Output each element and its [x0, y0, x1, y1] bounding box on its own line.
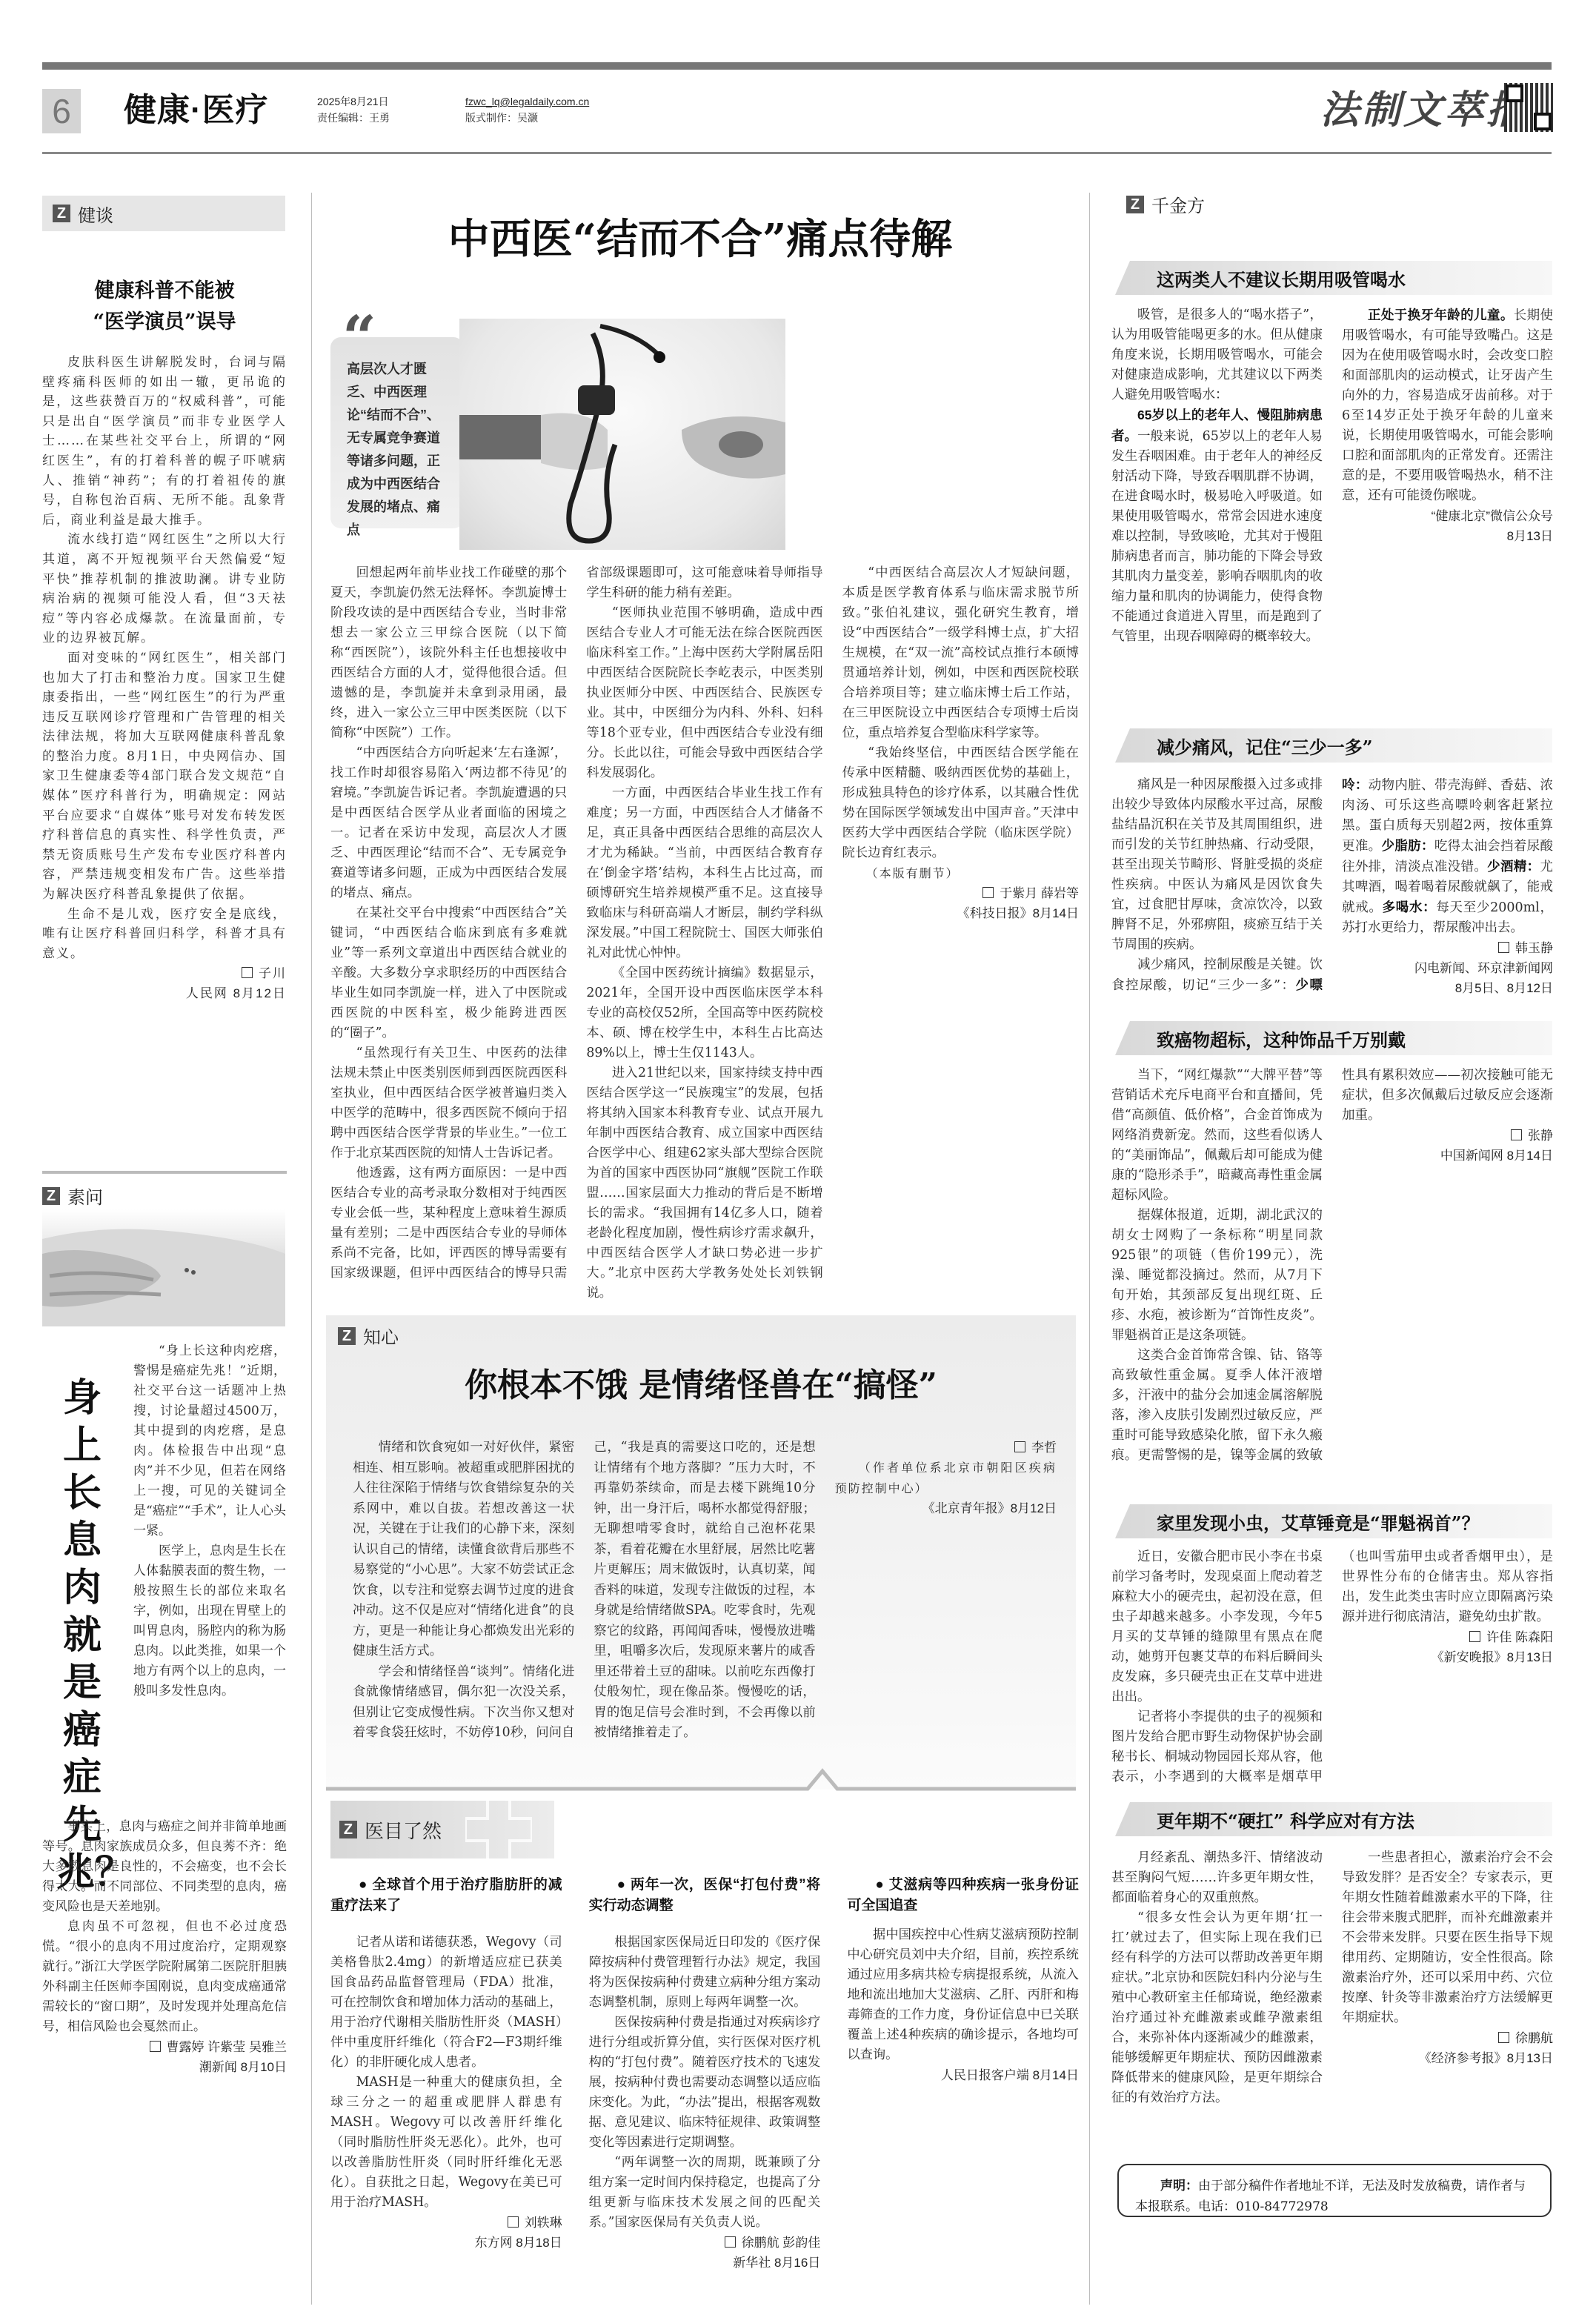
- column-divider: [1089, 193, 1090, 2305]
- paragraph: 在某社交平台中搜索“中西医结合”关键词，“中西医结合临床到底有多难就业”等一系列…: [330, 903, 567, 1043]
- paragraph: “很多女性会认为更年期‘扛一扛’就过去了，但实际上现在我们已经有科学的方法可以帮…: [1111, 1908, 1323, 2108]
- paragraph: 回想起两年前毕业找工作碰壁的那个夏天，李凯旋仍然无法释怀。李凯旋博士阶段攻读的是…: [330, 563, 567, 743]
- paragraph: “中西医结合方向听起来‘左右逢源’，找工作时却很容易陷入‘两边都不待见’的窘境。…: [330, 743, 567, 903]
- paragraph: 《全国中医药统计摘编》数据显示，2021年，全国开设中西医临床医学本科专业的高校…: [586, 963, 822, 1063]
- paragraph: 事实上，息肉与癌症之间并非简单地画等号。息肉家族成员众多，但良莠不齐：绝大多数息…: [42, 1817, 287, 1917]
- author-box-icon: [982, 887, 994, 898]
- author-box-icon: [1511, 1129, 1522, 1140]
- section-tag-jiantan: Z 健谈: [42, 196, 285, 231]
- source: 《新安晚报》8月13日: [1342, 1647, 1553, 1667]
- author-box-icon: [508, 2216, 519, 2228]
- notice-label: 声明：: [1160, 2179, 1198, 2193]
- quote-mark-icon: “: [342, 315, 376, 359]
- arm-photo-icon: [42, 1209, 285, 1326]
- byline: 子川: [42, 963, 287, 983]
- byline: 许佳 陈森阳: [1342, 1627, 1553, 1647]
- section-tag-suwen: Z 素问: [42, 1183, 103, 1209]
- lead-headline: 中西医“结而不合”痛点待解: [326, 213, 1074, 265]
- section-title: 健康·医疗: [124, 86, 269, 135]
- item-headline: ● 全球首个用于治疗脂肪肝的减重疗法来了: [330, 1875, 562, 1916]
- paragraph: 情绪和饮食宛如一对好伙伴，紧密相连、相互影响。被超重或肥胖困扰的人往往深陷于情绪…: [353, 1438, 574, 1662]
- column-divider: [311, 193, 312, 2305]
- article-body: 痛风是一种因尿酸摄入过多或排出较少导致体内尿酸水平过高，尿酸盐结晶沉积在关节及其…: [1111, 775, 1553, 1012]
- author-box-icon: [1014, 1441, 1025, 1452]
- tag-label: 医目了然: [365, 1816, 442, 1844]
- article-headline: 致癌物超标，这种饰品千万别戴: [1115, 1021, 1552, 1055]
- source: 闪电新闻、环京津新闻网: [1342, 958, 1553, 978]
- author-affiliation: （作者单位系北京市朝阳区疾病预防控制中心）: [835, 1458, 1057, 1498]
- source: “健康北京”微信公众号: [1342, 506, 1553, 526]
- bullet-icon: ●: [875, 1877, 888, 1893]
- suwen-body-wide: 事实上，息肉与癌症之间并非简单地画等号。息肉家族成员众多，但良莠不齐：绝大多数息…: [42, 1817, 287, 2077]
- jiantan-body: 皮肤科医生讲解脱发时，台词与隔壁疼痛科医师的如出一辙，更吊诡的是，这些获赞百万的…: [42, 353, 287, 1003]
- medical-cross-icon: [465, 1801, 532, 1858]
- paragraph: 根据国家医保局近日印发的《医疗保障按病种付费管理暂行办法》规定，我国将为医保按病…: [589, 1933, 821, 2013]
- byline: 徐鹏航 彭韵佳: [589, 2233, 821, 2253]
- editor: 责任编辑：王勇: [317, 110, 390, 126]
- paragraph: 面对变味的“网红医生”，相关部门也加大了打击和整治力度。国家卫生健康委指出，一些…: [42, 648, 287, 905]
- article-headline: 这两类人不建议长期用吸管喝水: [1115, 261, 1552, 295]
- tag-label: 知心: [363, 1323, 399, 1349]
- section-tag-qianjinfang: Z 千金方: [1126, 191, 1205, 217]
- section-rule: [42, 1171, 287, 1174]
- article-headline: 减少痛风，记住“三少一多”: [1115, 728, 1552, 763]
- lead-body: 回想起两年前毕业找工作碰壁的那个夏天，李凯旋仍然无法释怀。李凯旋博士阶段攻读的是…: [330, 563, 1079, 1304]
- article-body: 吸管，是很多人的“喝水搭子”，认为用吸管能喝更多的水。但从健康角度来说，长期用吸…: [1111, 305, 1553, 683]
- source: 人民日报客户端 8月14日: [847, 2065, 1079, 2085]
- paragraph: “两年调整一次的周期，既兼顾了分组方案一定时间内保持稳定，也提高了分组更新与临床…: [589, 2153, 821, 2233]
- author-box-icon: [1498, 942, 1509, 953]
- paragraph: 当下，“网红爆款”“大牌平替”等营销话术充斥电商平台和直播间，凭借“高颜值、低价…: [1111, 1066, 1323, 1206]
- paragraph: 息肉虽不可忽视，但也不必过度恐慌。“很小的息肉不用过度治疗，定期观察就行。”浙江…: [42, 1917, 287, 2037]
- tag-label: 健谈: [78, 201, 113, 227]
- stethoscope-icon: [459, 319, 785, 550]
- byline: 曹露婷 许紫莹 吴雅兰: [42, 2037, 287, 2057]
- notice-box: 声明：由于部分稿件作者地址不详，无法及时发放稿费，请作者与本报联系。电话：010…: [1117, 2164, 1552, 2217]
- edit-note: （本版有删节）: [842, 863, 1079, 883]
- stethoscope-photo: [459, 319, 785, 550]
- source: 人民网 8月12日: [42, 983, 287, 1003]
- paragraph: 正处于换牙年龄的儿童。长期使用吸管喝水，有可能导致嘴凸。这是因为在使用吸管喝水时…: [1342, 305, 1553, 506]
- paragraph: 据中国疾控中心性病艾滋病预防控制中心研究员刘中夫介绍，目前，疾控系统通过应用多病…: [847, 1925, 1079, 2065]
- paragraph: 吸管，是很多人的“喝水搭子”，认为用吸管能喝更多的水。但从健康角度来说，长期用吸…: [1111, 305, 1323, 405]
- source: 《科技日报》8月14日: [842, 903, 1079, 923]
- pull-quote: “ 高层次人才匮乏、中西医理论“结而不合”、无专属竞争赛道等诸多问题，正成为中西…: [330, 337, 464, 528]
- paragraph: “虽然现行有关卫生、中医药的法律法规未禁止中医类别医师到西医院西医科室执业，但中…: [330, 1043, 567, 1163]
- z-logo-icon: Z: [338, 1327, 356, 1345]
- source: 潮新闻 8月10日: [42, 2057, 287, 2077]
- page-number: 6: [42, 89, 81, 133]
- byline: 张静: [1342, 1126, 1553, 1146]
- paragraph: 流水线打造“网红医生”之所以大行其道，离不开短视频平台天然偏爱“短平快”推荐机制…: [42, 530, 287, 648]
- issue-date: 2025年8月21日: [317, 93, 390, 110]
- paragraph: 近日，安徽合肥市民小李在书桌前学习备考时，发现桌面上爬动着芝麻粒大小的硬壳虫，起…: [1111, 1547, 1323, 1707]
- headline-line-2: “医学演员”误导: [42, 307, 287, 338]
- source: 《北京青年报》8月12日: [835, 1498, 1057, 1518]
- paragraph: 痛风是一种因尿酸摄入过多或排出较少导致体内尿酸水平过高，尿酸盐结晶沉积在关节及其…: [1111, 775, 1323, 955]
- zhixin-headline: 你根本不饿 是情绪怪兽在“搞怪”: [326, 1363, 1076, 1408]
- byline: 徐鹏航: [1342, 2028, 1553, 2048]
- author-box-icon: [725, 2236, 736, 2248]
- source: 东方网 8月18日: [330, 2233, 562, 2253]
- paragraph: 记者从诺和诺德获悉，Wegovy（司美格鲁肽2.4mg）的新增适应症已获美国食品…: [330, 1933, 562, 2073]
- newspaper-logo: 法制文萃报: [1320, 79, 1528, 134]
- paragraph: 65岁以上的老年人、慢阻肺病患者。一般来说，65岁以上的老年人易发生吞咽困难。由…: [1111, 405, 1323, 647]
- yimu-body: ● 全球首个用于治疗脂肪肝的减重疗法来了 记者从诺和诺德获悉，Wegovy（司美…: [330, 1875, 1079, 2305]
- article-body: 当下，“网红爆款”“大牌平替”等营销话术充斥电商平台和直播间，凭借“高颜值、低价…: [1111, 1066, 1553, 1466]
- article-body: 月经紊乱、潮热多汗、情绪波动甚至胸闷气短……许多更年期女性，都面临着身心的双重煎…: [1111, 1848, 1553, 2145]
- jiantan-headline: 健康科普不能被 “医学演员”误导: [42, 276, 287, 338]
- bullet-icon: ●: [617, 1877, 631, 1893]
- z-logo-icon: Z: [42, 1187, 60, 1205]
- suwen-body-narrow: “身上长这种肉疙瘩，警惕是癌症先兆！”近期，社交平台这一话题冲上热搜，讨论量超过…: [133, 1341, 286, 1701]
- pull-quote-text: 高层次人才匮乏、中西医理论“结而不合”、无专属竞争赛道等诸多问题，正成为中西医结…: [347, 358, 452, 542]
- paragraph: 进入21世纪以来，国家持续支持中西医结合医学这一“民族瑰宝”的发展，包括将其纳入…: [586, 1063, 822, 1303]
- layout-credit: 版式制作：吴灏: [465, 110, 589, 126]
- byline: 刘轶琳: [330, 2213, 562, 2233]
- paragraph: MASH是一种重大的健康负担，全球三分之一的超重或肥胖人群患有MASH。Wego…: [330, 2073, 562, 2213]
- divider-arrow-icon: [326, 1756, 1076, 1793]
- qr-code-icon[interactable]: [1504, 83, 1553, 132]
- tag-label: 千金方: [1151, 191, 1205, 217]
- section-tag-zhixin: Z 知心: [338, 1323, 399, 1349]
- author-box-icon: [150, 2041, 161, 2052]
- date: 8月13日: [1342, 526, 1553, 546]
- paragraph: 月经紊乱、潮热多汗、情绪波动甚至胸闷气短……许多更年期女性，都面临着身心的双重煎…: [1111, 1848, 1323, 1908]
- author-box-icon: [1469, 1631, 1480, 1642]
- paragraph: 据媒体报道，近期，湖北武汉的胡女士网购了一条标称“明星同款925银”的项链（售价…: [1111, 1206, 1323, 1346]
- paragraph: 一方面，中西医结合毕业生找工作有难度；另一方面，中西医结合人才储备不足，真正具备…: [586, 783, 822, 963]
- contact-meta: fzwc_lq@legaldaily.com.cn 版式制作：吴灏: [465, 93, 589, 126]
- paragraph: “医师执业范围不够明确，造成中西医结合专业人才可能无法在综合医院西医临床科室工作…: [586, 603, 822, 783]
- paragraph: “我始终坚信，中西医结合医学能在传承中医精髓、吸纳西医优势的基础上，形成独具特色…: [842, 743, 1079, 863]
- paragraph: 一些患者担心，激素治疗会不会导致发胖？是否安全？专家表示，更年期女性随着雌激素水…: [1342, 1848, 1553, 2028]
- byline: 李哲: [835, 1438, 1057, 1458]
- paragraph: “身上长这种肉疙瘩，警惕是癌症先兆！”近期，社交平台这一话题冲上热搜，讨论量超过…: [133, 1341, 286, 1541]
- issue-meta: 2025年8月21日 责任编辑：王勇: [317, 93, 390, 126]
- article-body: 近日，安徽合肥市民小李在书桌前学习备考时，发现桌面上爬动着芝麻粒大小的硬壳虫，起…: [1111, 1547, 1553, 1792]
- masthead-rule: [42, 152, 1552, 154]
- paragraph: “中西医结合高层次人才短缺问题，本质是医学教育体系与临床需求脱节所致。”张伯礼建…: [842, 563, 1079, 743]
- paragraph: 医保按病种付费是指通过对疾病诊疗进行分组或折算分值，实行医保对医疗机构的“打包付…: [589, 2013, 821, 2153]
- author-box-icon: [1498, 2032, 1509, 2043]
- source: 中国新闻网 8月14日: [1342, 1146, 1553, 1166]
- headline-line-1: 健康科普不能被: [42, 276, 287, 307]
- paragraph: 皮肤科医生讲解脱发时，台词与隔壁疼痛科医师的如出一辙，更吊诡的是，这些获赞百万的…: [42, 353, 287, 530]
- source: 新华社 8月16日: [589, 2253, 821, 2273]
- source: 《经济参考报》8月13日: [1342, 2048, 1553, 2068]
- byline: 于紫月 薛岩等: [842, 883, 1079, 903]
- top-rule: [42, 62, 1552, 70]
- bullet-icon: ●: [359, 1877, 372, 1893]
- z-logo-icon: Z: [1126, 196, 1144, 213]
- zhixin-body: 情绪和饮食宛如一对好伙伴，紧密相连、相互影响。被超重或肥胖困扰的人往往深陷于情绪…: [353, 1438, 1057, 1749]
- byline: 韩玉静: [1342, 938, 1553, 958]
- author-box-icon: [242, 967, 253, 978]
- z-logo-icon: Z: [53, 205, 70, 222]
- date: 8月5日、8月12日: [1342, 978, 1553, 998]
- tag-label: 素问: [67, 1183, 103, 1209]
- article-headline: 更年期不“硬扛” 科学应对有方法: [1115, 1802, 1552, 1836]
- section-tag-yimu: Z 医目了然: [330, 1801, 554, 1858]
- article-headline: 家里发现小虫，艾草锤竟是“罪魁祸首”？: [1115, 1504, 1552, 1538]
- item-headline: ● 艾滋病等四种疾病一张身份证可全国追查: [847, 1875, 1079, 1916]
- paragraph: 医学上，息肉是生长在人体黏膜表面的赘生物，一般按照生长的部位来取名字，例如，出现…: [133, 1541, 286, 1701]
- item-headline: ● 两年一次，医保“打包付费”将实行动态调整: [589, 1875, 821, 1916]
- email-link[interactable]: fzwc_lq@legaldaily.com.cn: [465, 93, 589, 110]
- arm-polyp-photo: [42, 1209, 285, 1326]
- paragraph: 生命不是儿戏，医疗安全是底线，唯有让医疗科普回归科学，科普才具有意义。: [42, 905, 287, 964]
- z-logo-icon: Z: [339, 1821, 357, 1838]
